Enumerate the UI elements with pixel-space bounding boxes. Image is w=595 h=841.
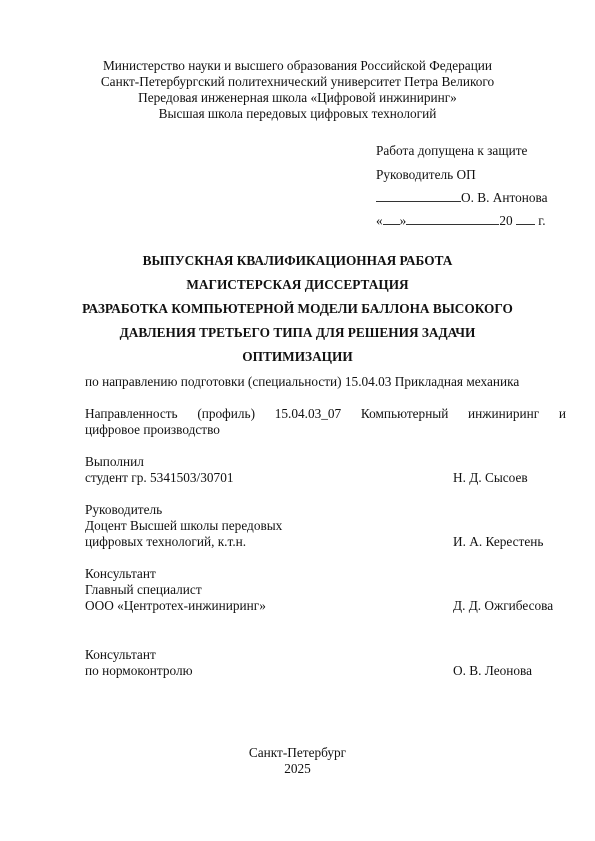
signatory-name: Д. Д. Ожгибесова <box>453 598 553 614</box>
topic-line-3: ОПТИМИЗАЦИИ <box>0 349 595 365</box>
approval-signature-name: О. В. Антонова <box>461 190 548 205</box>
approval-signature-line: О. В. Антонова <box>376 190 548 206</box>
study-direction: по направлению подготовки (специальности… <box>85 374 519 390</box>
ministry-line: Министерство науки и высшего образования… <box>0 58 595 74</box>
work-type: ВЫПУСКНАЯ КВАЛИФИКАЦИОННАЯ РАБОТА <box>0 253 595 269</box>
signatory-label: ООО «Центротех-инжиниринг» <box>85 598 266 614</box>
school-line: Передовая инженерная школа «Цифровой инж… <box>0 90 595 106</box>
approval-date-line: «»20 г. <box>376 213 546 229</box>
signatory-label: Руководитель <box>85 502 162 518</box>
signatory-label: студент гр. 5341503/30701 <box>85 470 234 486</box>
title-page: Министерство науки и высшего образования… <box>0 0 595 841</box>
year-blank <box>516 213 535 225</box>
signature-blank <box>376 190 461 202</box>
signatory-label: Консультант <box>85 647 156 663</box>
date-suffix: г. <box>538 213 545 228</box>
city: Санкт-Петербург <box>0 745 595 761</box>
signatory-name: И. А. Керестень <box>453 534 543 550</box>
approval-role: Руководитель ОП <box>376 167 476 183</box>
profile-word: (профиль) <box>197 406 255 422</box>
signatory-name: О. В. Леонова <box>453 663 532 679</box>
profile-code: 15.04.03_07 <box>275 406 341 422</box>
signatory-label: Доцент Высшей школы передовых <box>85 518 282 534</box>
signatory-label: Консультант <box>85 566 156 582</box>
topic-line-1: РАЗРАБОТКА КОМПЬЮТЕРНОЙ МОДЕЛИ БАЛЛОНА В… <box>0 301 595 317</box>
profile-word: инжиниринг <box>468 406 539 422</box>
profile-line: Направленность (профиль) 15.04.03_07 Ком… <box>85 406 566 422</box>
admitted-to-defense: Работа допущена к защите <box>376 143 527 159</box>
year: 2025 <box>0 761 595 777</box>
signatory-label: Главный специалист <box>85 582 202 598</box>
day-blank <box>383 213 400 225</box>
degree-type: МАГИСТЕРСКАЯ ДИССЕРТАЦИЯ <box>0 277 595 293</box>
signatory-label: цифровых технологий, к.т.н. <box>85 534 246 550</box>
date-year-prefix: 20 <box>499 213 512 228</box>
date-open-quote: « <box>376 213 383 228</box>
profile-continuation: цифровое производство <box>85 422 220 438</box>
date-close-quote: » <box>400 213 407 228</box>
higher-school-line: Высшая школа передовых цифровых технолог… <box>0 106 595 122</box>
topic-line-2: ДАВЛЕНИЯ ТРЕТЬЕГО ТИПА ДЛЯ РЕШЕНИЯ ЗАДАЧ… <box>0 325 595 341</box>
university-line: Санкт-Петербургский политехнический унив… <box>0 74 595 90</box>
profile-word: и <box>559 406 566 422</box>
profile-word: Компьютерный <box>361 406 448 422</box>
signatory-name: Н. Д. Сысоев <box>453 470 528 486</box>
month-blank <box>406 213 499 225</box>
profile-word: Направленность <box>85 406 178 422</box>
signatory-label: Выполнил <box>85 454 144 470</box>
signatory-label: по нормоконтролю <box>85 663 193 679</box>
